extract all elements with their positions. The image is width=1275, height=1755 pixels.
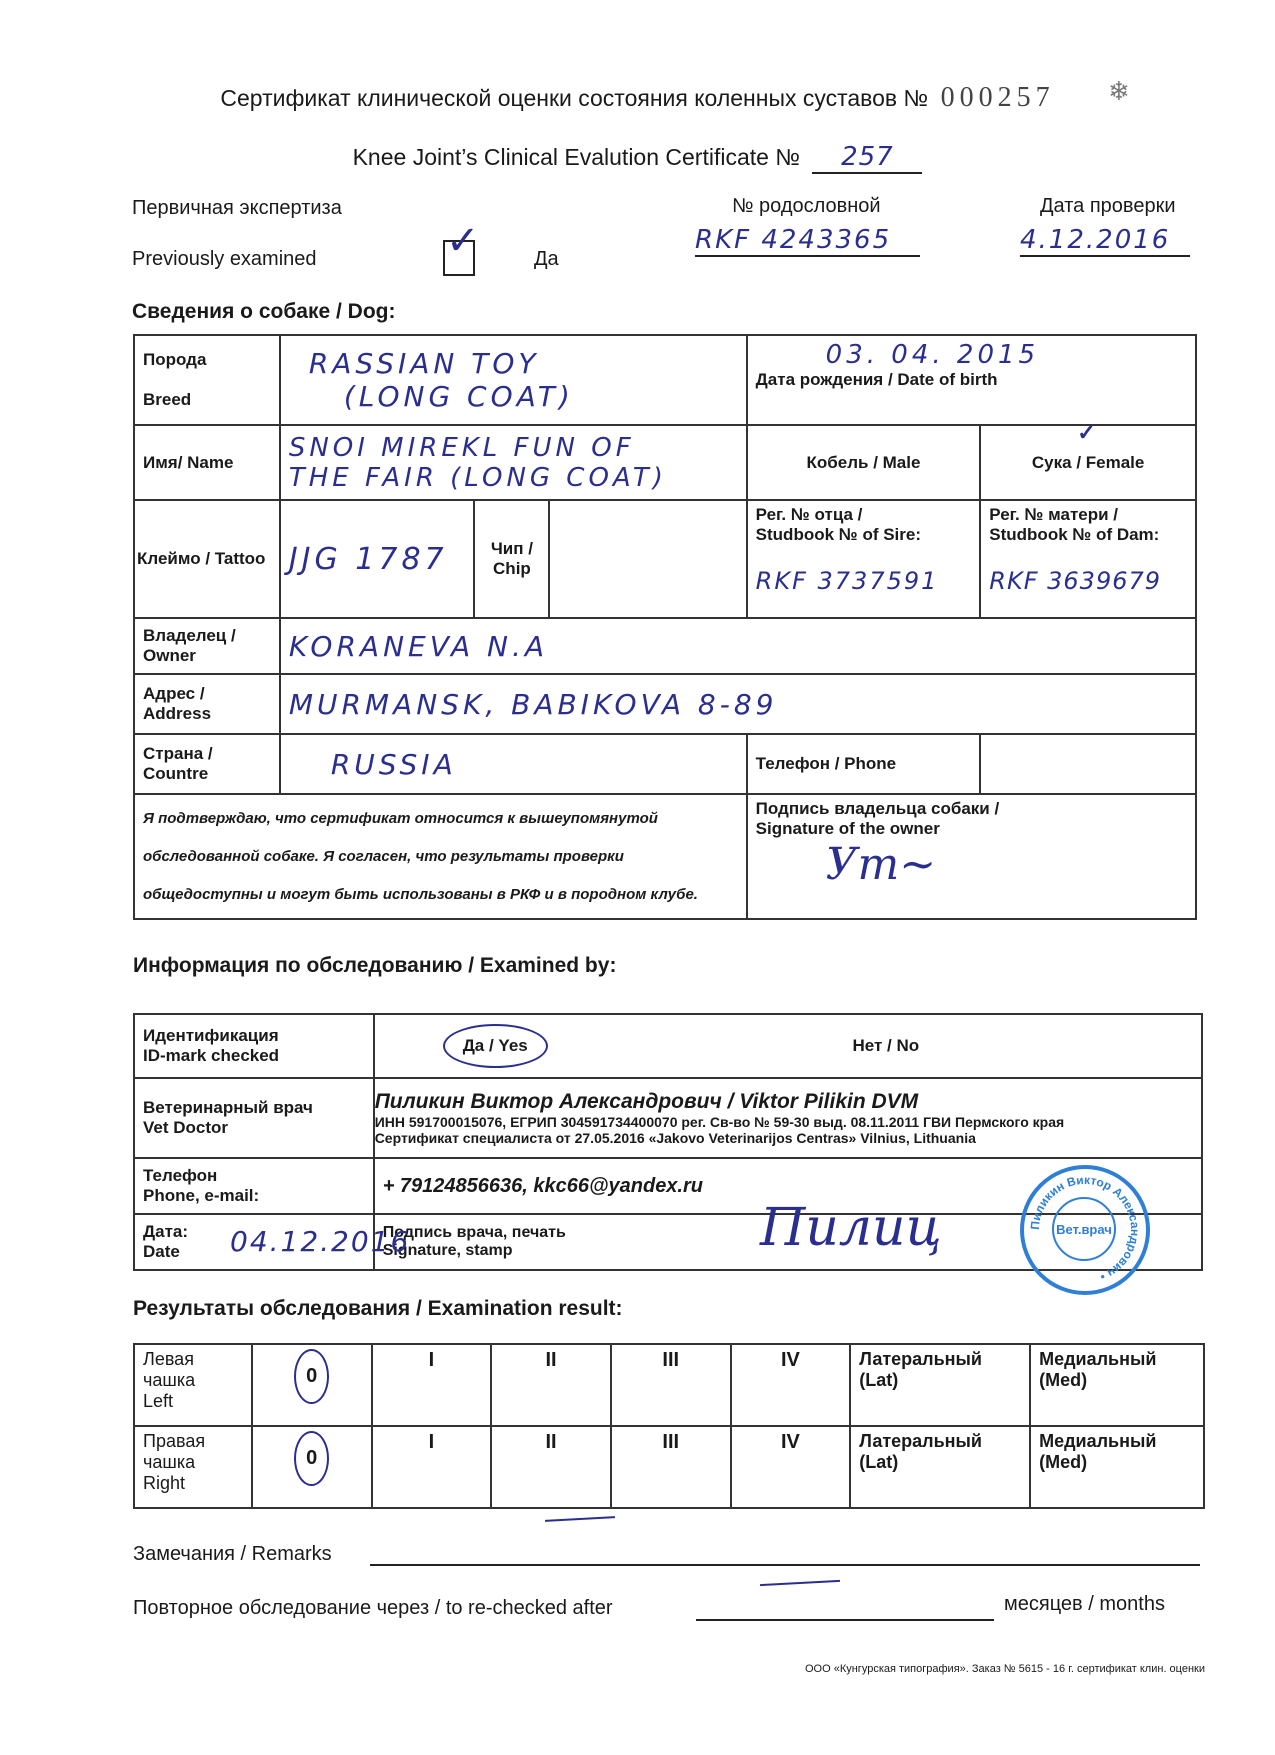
grade-option-3[interactable]: III <box>611 1426 731 1508</box>
id-check-label: Идентификация ID-mark checked <box>134 1014 374 1078</box>
exam-date-cell[interactable]: Дата: Date 04.12.2016 <box>134 1214 374 1270</box>
patella-label: ПраваячашкаRight <box>134 1426 252 1508</box>
lateral-option[interactable]: Латеральный(Lat) <box>850 1344 1030 1426</box>
grade-option-3[interactable]: III <box>611 1344 731 1426</box>
results-section-heading: Результаты обследования / Examination re… <box>133 1297 623 1321</box>
tattoo-field[interactable]: JJG 1787 <box>280 500 475 618</box>
vet-doctor-label: Ветеринарный врач Vet Doctor <box>134 1078 374 1158</box>
result-row: ЛеваячашкаLeft0IIIIIIIVЛатеральный(Lat)М… <box>134 1344 1204 1426</box>
selected-grade-circle: 0 <box>294 1349 329 1404</box>
primary-exam-label: Первичная экспертиза <box>132 197 342 220</box>
date-of-birth-value: 03. 04. 2015 <box>826 340 1187 370</box>
checkmark-icon: ✓ <box>446 218 480 264</box>
printed-certificate-number: 000257 <box>941 82 1055 113</box>
owner-signature: Ут~ <box>826 839 1187 890</box>
country-field[interactable]: RUSSIA <box>280 734 747 794</box>
vet-name: Пиликин Виктор Александрович / Viktor Pi… <box>375 1090 1193 1114</box>
phone-label: Телефон / Phone <box>747 734 981 794</box>
pedigree-label: № родословной <box>732 195 881 218</box>
grade-option-1[interactable]: I <box>372 1426 492 1508</box>
previously-examined-label: Previously examined <box>132 248 317 271</box>
ink-stroke <box>760 1580 840 1586</box>
sire-cell[interactable]: Рег. № отца / Studbook № of Sire: RKF 37… <box>747 500 981 618</box>
printer-note: ООО «Кунгурская типография». Заказ № 561… <box>805 1663 1205 1675</box>
id-no-option[interactable]: Нет / No <box>852 1036 919 1055</box>
breed-field[interactable]: RASSIAN TOY (LONG COAT) <box>280 335 747 425</box>
handwritten-certificate-number[interactable]: 257 <box>812 142 922 174</box>
sire-number-value: RKF 3737591 <box>756 567 972 595</box>
female-option[interactable]: ✓ Сука / Female <box>980 425 1196 500</box>
grade-option-2[interactable]: II <box>491 1344 611 1426</box>
result-row: ПраваячашкаRight0IIIIIIIVЛатеральный(Lat… <box>134 1426 1204 1508</box>
remarks-label: Замечания / Remarks <box>133 1543 332 1566</box>
vet-registration: ИНН 591700015076, ЕГРИП 304591734400070 … <box>375 1114 1193 1130</box>
certificate-title-en: Knee Joint’s Clinical Evalution Certific… <box>0 142 1275 174</box>
name-label: Имя/ Name <box>134 425 280 500</box>
owner-label: Владелец / Owner <box>134 618 280 674</box>
contact-label: Телефон Phone, e-mail: <box>134 1158 374 1214</box>
stamp-center: Вет.врач <box>1052 1197 1116 1261</box>
pedigree-number-field[interactable]: RKF 4243365 <box>695 225 920 257</box>
recheck-unit: месяцев / months <box>1004 1593 1165 1616</box>
snowflake-icon: ❄ <box>1108 76 1130 107</box>
check-date-label: Дата проверки <box>1040 195 1176 218</box>
owner-consent-text: Я подтверждаю, что сертификат относится … <box>134 794 747 919</box>
vet-signature: Пилиц <box>760 1198 942 1258</box>
grade-option-0[interactable]: 0 <box>252 1344 372 1426</box>
tattoo-label: Клеймо / Tattoo <box>134 500 280 618</box>
id-check-options: Да / Yes Нет / No <box>374 1014 1202 1078</box>
address-label: Адрес / Address <box>134 674 280 734</box>
patella-label: ЛеваячашкаLeft <box>134 1344 252 1426</box>
selected-grade-circle: 0 <box>294 1431 329 1486</box>
examiner-section-heading: Информация по обследованию / Examined by… <box>133 954 616 978</box>
certificate-title-ru: Сертификат клинической оценки состояния … <box>0 82 1275 114</box>
dam-cell[interactable]: Рег. № матери / Studbook № of Dam: RKF 3… <box>980 500 1196 618</box>
breed-label: Порода Breed <box>134 335 280 425</box>
owner-signature-cell[interactable]: Подпись владельца собаки / Signature of … <box>747 794 1196 919</box>
date-of-birth-label: Дата рождения / Date of birth <box>756 370 1187 390</box>
country-label: Страна / Countre <box>134 734 280 794</box>
date-of-birth-cell[interactable]: 03. 04. 2015 Дата рождения / Date of bir… <box>747 335 1196 425</box>
grade-option-1[interactable]: I <box>372 1344 492 1426</box>
phone-field[interactable] <box>980 734 1196 794</box>
chip-field[interactable] <box>549 500 746 618</box>
recheck-label: Повторное обследование через / to re-che… <box>133 1597 613 1620</box>
medial-option[interactable]: Медиальный(Med) <box>1030 1426 1204 1508</box>
dam-number-value: RKF 3639679 <box>989 567 1187 595</box>
vet-certificate: Сертификат специалиста от 27.05.2016 «Ja… <box>375 1130 1193 1146</box>
vet-doctor-info: Пиликин Виктор Александрович / Viktor Pi… <box>374 1078 1202 1158</box>
recheck-field[interactable] <box>696 1617 994 1621</box>
grade-option-4[interactable]: IV <box>731 1426 851 1508</box>
male-option[interactable]: Кобель / Male <box>747 425 981 500</box>
check-date-field[interactable]: 4.12.2016 <box>1020 225 1190 257</box>
yes-label: Да <box>534 248 559 271</box>
exam-date-value: 04.12.2016 <box>230 1225 410 1258</box>
dog-info-table: Порода Breed RASSIAN TOY (LONG COAT) 03.… <box>133 334 1197 920</box>
id-yes-option[interactable]: Да / Yes <box>443 1024 548 1068</box>
grade-option-0[interactable]: 0 <box>252 1426 372 1508</box>
name-field[interactable]: SNOI MIREKL FUN OF THE FAIR (LONG COAT) <box>280 425 747 500</box>
address-field[interactable]: MURMANSK, BABIKOVA 8-89 <box>280 674 1196 734</box>
ink-stroke <box>545 1516 615 1522</box>
grade-option-4[interactable]: IV <box>731 1344 851 1426</box>
chip-label: Чип / Chip <box>474 500 549 618</box>
owner-field[interactable]: KORANEVA N.A <box>280 618 1196 674</box>
remarks-field[interactable] <box>370 1562 1200 1566</box>
results-table: ЛеваячашкаLeft0IIIIIIIVЛатеральный(Lat)М… <box>133 1343 1205 1509</box>
vet-stamp: Пиликин Виктор Александрович • Вет.врач <box>1020 1165 1150 1295</box>
checkmark-icon: ✓ <box>1077 420 1095 446</box>
medial-option[interactable]: Медиальный(Med) <box>1030 1344 1204 1426</box>
grade-option-2[interactable]: II <box>491 1426 611 1508</box>
lateral-option[interactable]: Латеральный(Lat) <box>850 1426 1030 1508</box>
dog-section-heading: Сведения о собаке / Dog: <box>132 300 396 324</box>
